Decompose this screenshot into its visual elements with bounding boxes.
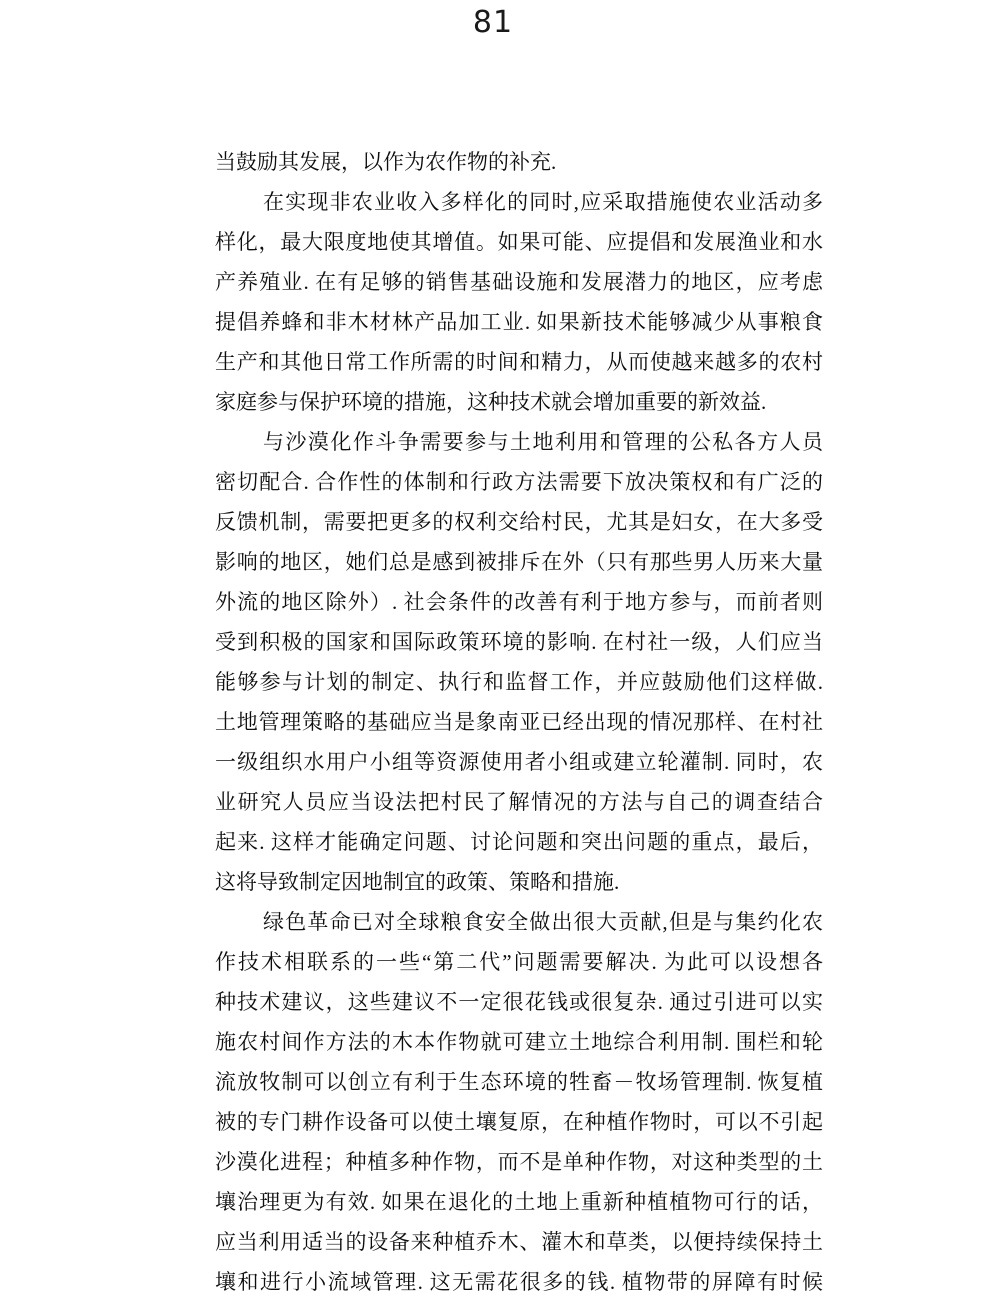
page-number: 81 xyxy=(0,5,986,40)
text-line: 施农村间作方法的木本作物就可建立土地综合利用制. 围栏和轮 xyxy=(215,1022,823,1062)
text-line: 与沙漠化作斗争需要参与土地利用和管理的公私各方人员 xyxy=(215,422,823,462)
paragraph: 当鼓励其发展，以作为农作物的补充. xyxy=(215,142,823,182)
text-line: 这将导致制定因地制宜的政策、策略和措施. xyxy=(215,862,823,902)
text-line: 能够参与计划的制定、执行和监督工作，并应鼓励他们这样做. xyxy=(215,662,823,702)
text-line: 受到积极的国家和国际政策环境的影响. 在村社一级，人们应当 xyxy=(215,622,823,662)
text-line: 作技术相联系的一些“第二代”问题需要解决. 为此可以设想各 xyxy=(215,942,823,982)
text-line: 在实现非农业收入多样化的同时,应采取措施使农业活动多 xyxy=(215,182,823,222)
text-line: 一级组织水用户小组等资源使用者小组或建立轮灌制. 同时，农 xyxy=(215,742,823,782)
text-line: 提倡养蜂和非木材林产品加工业. 如果新技术能够减少从事粮食 xyxy=(215,302,823,342)
text-line: 流放牧制可以创立有利于生态环境的牲畜－牧场管理制. 恢复植 xyxy=(215,1062,823,1102)
text-block: 当鼓励其发展，以作为农作物的补充.在实现非农业收入多样化的同时,应采取措施使农业… xyxy=(215,142,823,1302)
document-page: 81 当鼓励其发展，以作为农作物的补充.在实现非农业收入多样化的同时,应采取措施… xyxy=(0,0,1000,1315)
text-line: 种技术建议，这些建议不一定很花钱或很复杂. 通过引进可以实 xyxy=(215,982,823,1022)
text-line: 当鼓励其发展，以作为农作物的补充. xyxy=(215,142,823,182)
text-line: 壤和进行小流域管理. 这无需花很多的钱. 植物带的屏障有时候 xyxy=(215,1262,823,1302)
text-line: 生产和其他日常工作所需的时间和精力，从而使越来越多的农村 xyxy=(215,342,823,382)
text-line: 家庭参与保护环境的措施，这种技术就会增加重要的新效益. xyxy=(215,382,823,422)
text-line: 起来. 这样才能确定问题、讨论问题和突出问题的重点，最后， xyxy=(215,822,823,862)
text-line: 产养殖业. 在有足够的销售基础设施和发展潜力的地区，应考虑 xyxy=(215,262,823,302)
text-line: 密切配合. 合作性的体制和行政方法需要下放决策权和有广泛的 xyxy=(215,462,823,502)
text-line: 沙漠化进程；种植多种作物，而不是单种作物，对这种类型的土 xyxy=(215,1142,823,1182)
text-line: 土地管理策略的基础应当是象南亚已经出现的情况那样、在村社 xyxy=(215,702,823,742)
paragraph: 绿色革命已对全球粮食安全做出很大贡献,但是与集约化农作技术相联系的一些“第二代”… xyxy=(215,902,823,1302)
text-line: 外流的地区除外）. 社会条件的改善有利于地方参与，而前者则 xyxy=(215,582,823,622)
text-line: 应当利用适当的设备来种植乔木、灌木和草类，以便持续保持土 xyxy=(215,1222,823,1262)
text-line: 影响的地区，她们总是感到被排斥在外（只有那些男人历来大量 xyxy=(215,542,823,582)
text-line: 样化，最大限度地使其增值。如果可能、应提倡和发展渔业和水 xyxy=(215,222,823,262)
text-line: 业研究人员应当设法把村民了解情况的方法与自己的调查结合 xyxy=(215,782,823,822)
text-line: 被的专门耕作设备可以使土壤复原，在种植作物时，可以不引起 xyxy=(215,1102,823,1142)
paragraph: 在实现非农业收入多样化的同时,应采取措施使农业活动多样化，最大限度地使其增值。如… xyxy=(215,182,823,422)
paragraph: 与沙漠化作斗争需要参与土地利用和管理的公私各方人员密切配合. 合作性的体制和行政… xyxy=(215,422,823,902)
text-line: 壤治理更为有效. 如果在退化的土地上重新种植植物可行的话， xyxy=(215,1182,823,1222)
text-line: 绿色革命已对全球粮食安全做出很大贡献,但是与集约化农 xyxy=(215,902,823,942)
text-line: 反馈机制，需要把更多的权利交给村民，尤其是妇女，在大多受 xyxy=(215,502,823,542)
